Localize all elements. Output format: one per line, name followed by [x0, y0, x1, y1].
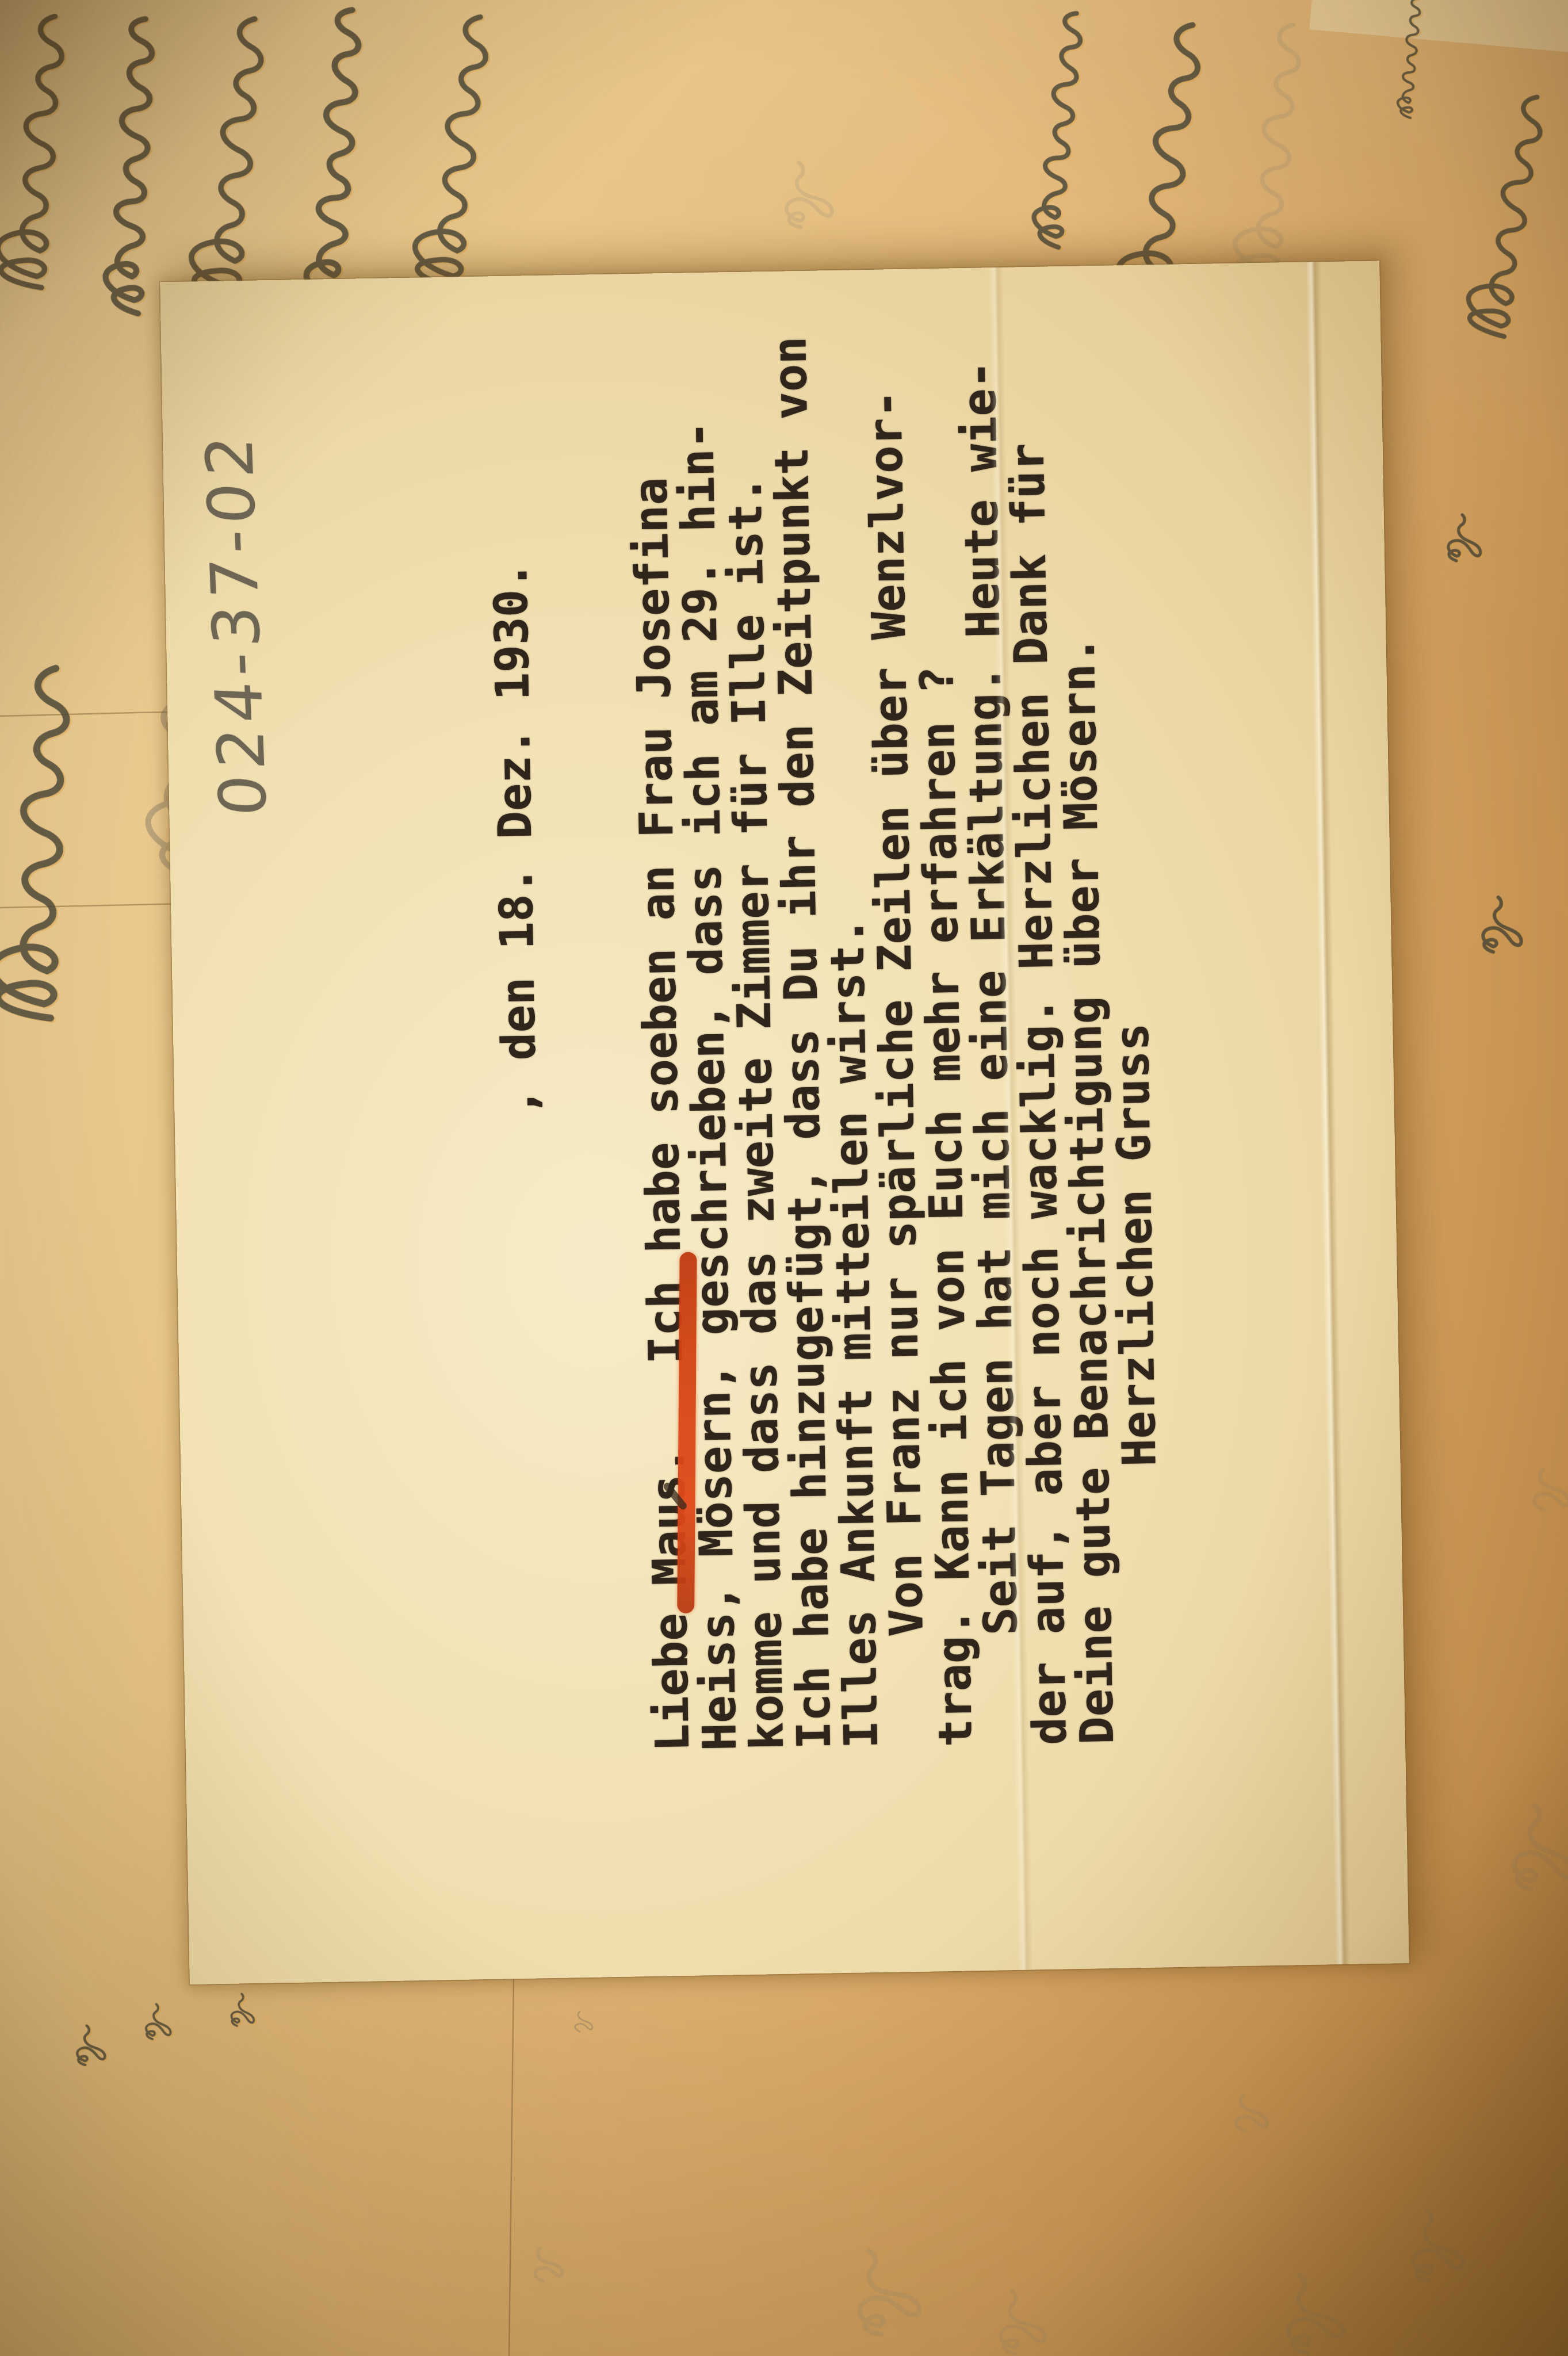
- page-fold-crease: [1306, 262, 1351, 1964]
- photo-of-letter: 024-37-02 , den 18. Dez. 1930. Liebe Mau…: [0, 0, 1568, 2356]
- archival-number: 024-37-02: [192, 429, 282, 818]
- red-strikethrough-mark: [677, 1252, 697, 1613]
- under-paper-edge: [1309, 0, 1568, 55]
- typed-text-block: , den 18. Dez. 1930. Liebe Maus. Ich hab…: [483, 300, 1168, 1755]
- typed-letter-page: 024-37-02 , den 18. Dez. 1930. Liebe Mau…: [160, 261, 1409, 1984]
